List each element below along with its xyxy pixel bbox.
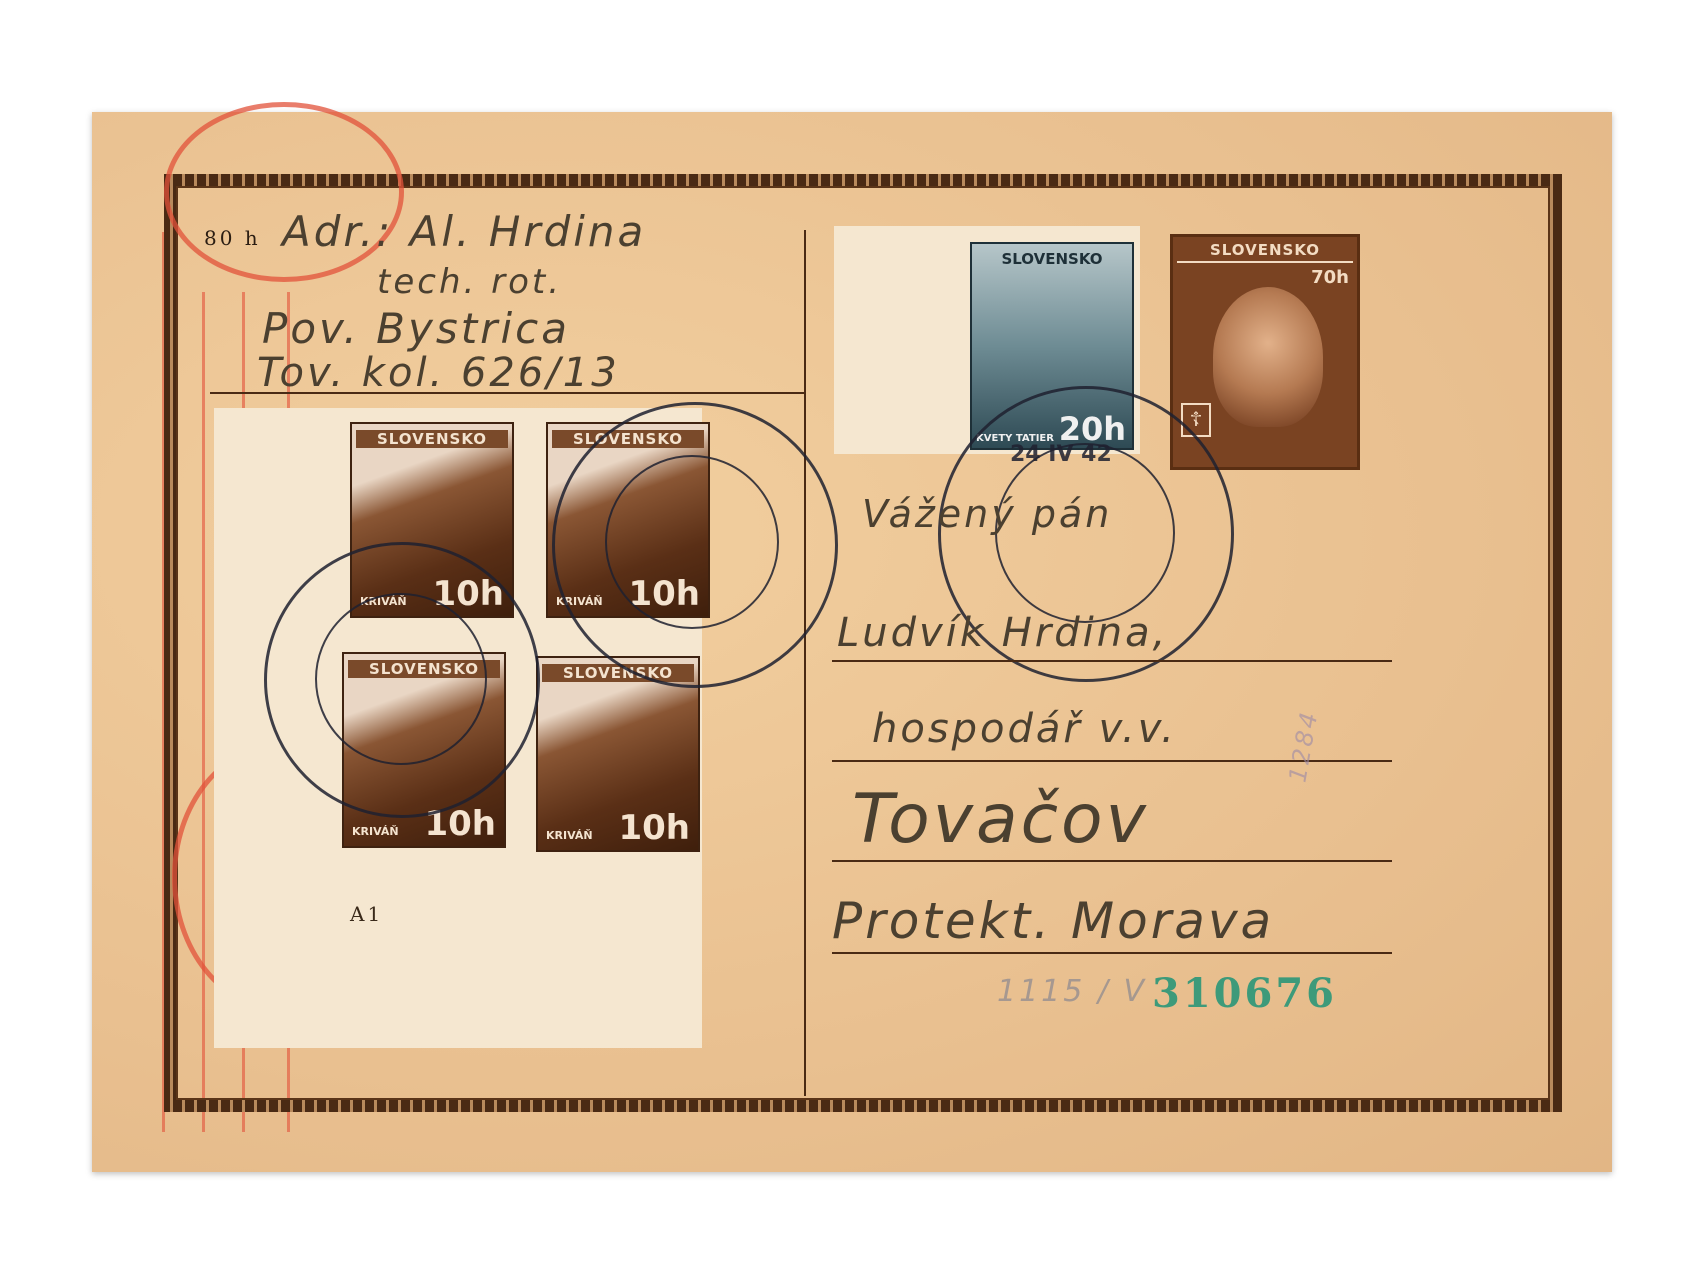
postmark-date: 24 IV 42 xyxy=(1010,442,1112,467)
postal-card: 80 h Adr.: Al. Hrdina tech. rot. Pov. By… xyxy=(92,112,1612,1172)
imprinted-stamp-70h: SLOVENSKO 70h ☦ xyxy=(1170,234,1360,470)
recipient-occupation: hospodář v.v. xyxy=(872,706,1177,752)
sender-line-2: tech. rot. xyxy=(377,262,562,302)
sheet-margin-mark: A1 xyxy=(350,902,383,926)
sender-line-4: Tov. kol. 626/13 xyxy=(257,350,620,396)
sender-line-1: Adr.: Al. Hrdina xyxy=(282,207,646,256)
address-line xyxy=(832,952,1392,954)
address-line xyxy=(832,660,1392,662)
divider-vertical xyxy=(804,230,806,1096)
recipient-salutation: Vážený pán xyxy=(862,492,1112,536)
rate-note: 80 h xyxy=(204,226,261,250)
postmark-zilina-bratislava xyxy=(552,402,838,688)
portrait xyxy=(1213,287,1323,427)
recipient-region: Protekt. Morava xyxy=(832,892,1274,950)
address-line xyxy=(832,860,1392,862)
postmark-zilina xyxy=(264,542,540,818)
recipient-name: Ludvík Hrdina, xyxy=(837,610,1168,656)
sender-line-3: Pov. Bystrica xyxy=(262,304,570,353)
recipient-town: Tovačov xyxy=(852,780,1149,859)
pencil-note: 1115 / V xyxy=(997,974,1147,1009)
registry-number: 310676 xyxy=(1152,970,1337,1017)
